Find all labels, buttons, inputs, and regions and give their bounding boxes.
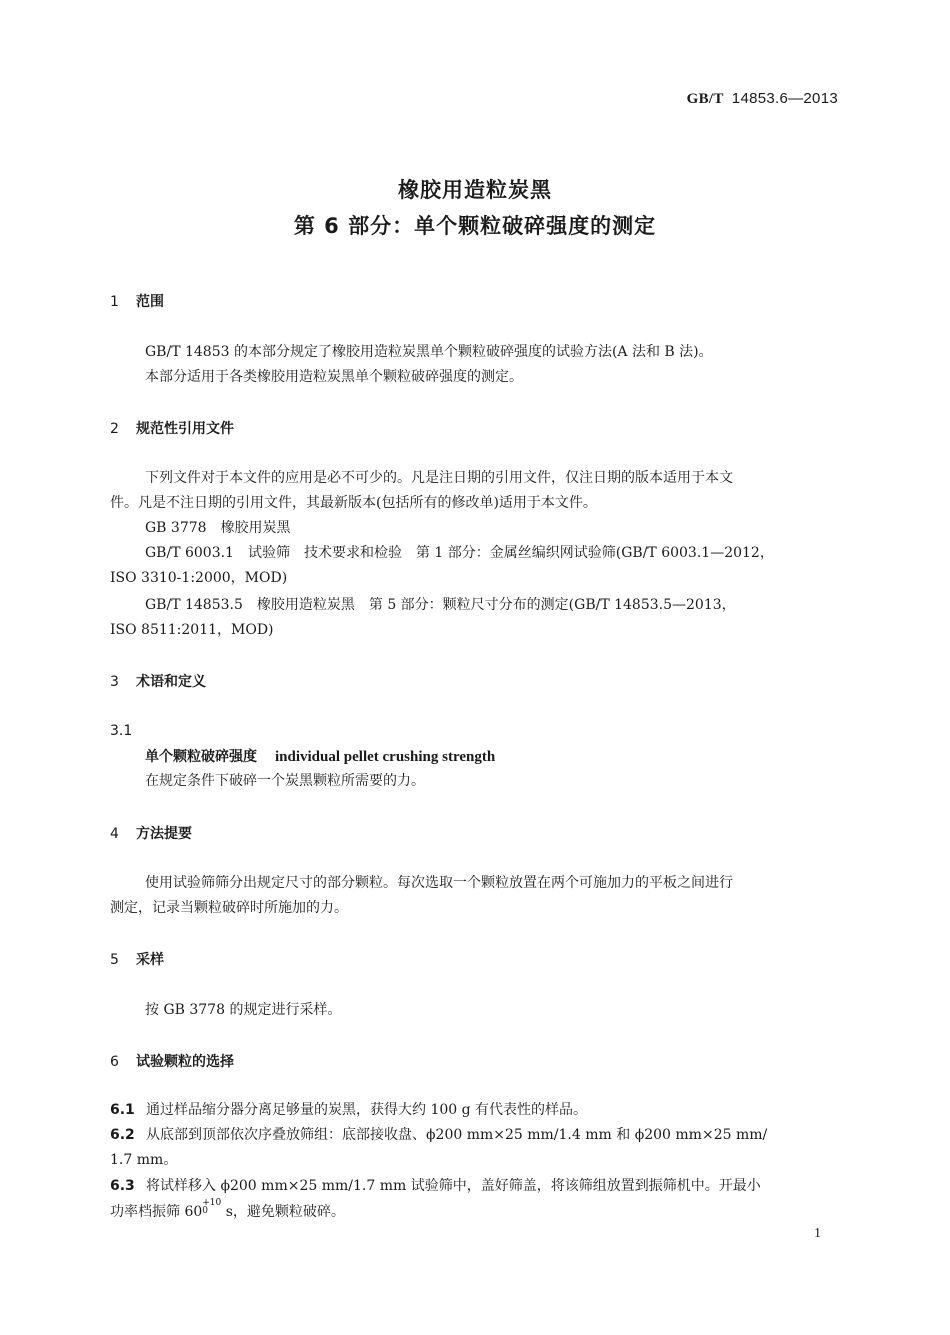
section-2-heading: 2规范性引用文件 bbox=[110, 418, 234, 438]
tolerance-superscript: +100 bbox=[202, 1199, 221, 1215]
section-2-intro-line1: 下列文件对于本文件的应用是必不可少的。凡是注日期的引用文件，仅注日期的版本适用于… bbox=[145, 466, 733, 491]
term-en: individual pellet crushing strength bbox=[275, 749, 495, 765]
section-2-intro-line2: 件。凡是不注日期的引用文件，其最新版本(包括所有的修改单)适用于本文件。 bbox=[110, 491, 597, 516]
section-6-heading: 6试验颗粒的选择 bbox=[110, 1051, 234, 1071]
clause-6-3-cont: 功率档振筛 60+100 s，避免颗粒破碎。 bbox=[110, 1199, 345, 1225]
document-title-line1: 橡胶用造粒炭黑 bbox=[0, 174, 950, 204]
standard-code: GB/T 14853.6—2013 bbox=[687, 90, 838, 108]
reference-gbt14853-5-cont: ISO 8511:2011，MOD) bbox=[110, 618, 274, 643]
reference-gbt14853-5: GB/T 14853.5橡胶用造粒炭黑 第 5 部分：颗粒尺寸分布的测定(GB/… bbox=[145, 593, 736, 618]
term-zh: 单个颗粒破碎强度 bbox=[145, 749, 257, 765]
reference-gb3778: GB 3778橡胶用炭黑 bbox=[145, 516, 291, 541]
reference-gbt6003-1: GB/T 6003.1试验筛 技术要求和检验 第 1 部分：金属丝编织网试验筛(… bbox=[145, 541, 774, 566]
page-number: 1 bbox=[814, 1226, 821, 1242]
clause-6-2: 6.2从底部到顶部依次序叠放筛组：底部接收盘、ϕ200 mm×25 mm/1.4… bbox=[110, 1123, 767, 1148]
reference-gbt6003-1-cont: ISO 3310-1:2000，MOD) bbox=[110, 566, 287, 591]
term-entry: 单个颗粒破碎强度individual pellet crushing stren… bbox=[145, 746, 495, 766]
document-title-line2: 第 6 部分：单个颗粒破碎强度的测定 bbox=[0, 210, 950, 240]
section-4-line1: 使用试验筛筛分出规定尺寸的部分颗粒。每次选取一个颗粒放置在两个可施加力的平板之间… bbox=[145, 871, 733, 896]
clause-6-3: 6.3将试样移入 ϕ200 mm×25 mm/1.7 mm 试验筛中，盖好筛盖，… bbox=[110, 1174, 761, 1199]
section-1-para-1: GB/T 14853 的本部分规定了橡胶用造粒炭黑单个颗粒破碎强度的试验方法(A… bbox=[145, 340, 713, 365]
standard-prefix: GB/T bbox=[687, 91, 724, 107]
standard-number: 14853.6—2013 bbox=[732, 90, 838, 107]
section-1-para-2: 本部分适用于各类橡胶用造粒炭黑单个颗粒破碎强度的测定。 bbox=[145, 365, 523, 390]
clause-3-1-number: 3.1 bbox=[110, 719, 132, 744]
section-1-heading: 1范围 bbox=[110, 291, 164, 311]
section-4-heading: 4方法提要 bbox=[110, 823, 192, 843]
section-3-heading: 3术语和定义 bbox=[110, 671, 206, 691]
clause-6-2-cont: 1.7 mm。 bbox=[110, 1148, 177, 1173]
term-definition: 在规定条件下破碎一个炭黑颗粒所需要的力。 bbox=[145, 769, 425, 794]
section-4-line2: 测定，记录当颗粒破碎时所施加的力。 bbox=[110, 896, 348, 921]
section-5-text: 按 GB 3778 的规定进行采样。 bbox=[145, 998, 341, 1023]
clause-6-1: 6.1通过样品缩分器分离足够量的炭黑，获得大约 100 g 有代表性的样品。 bbox=[110, 1098, 587, 1123]
section-5-heading: 5采样 bbox=[110, 949, 164, 969]
